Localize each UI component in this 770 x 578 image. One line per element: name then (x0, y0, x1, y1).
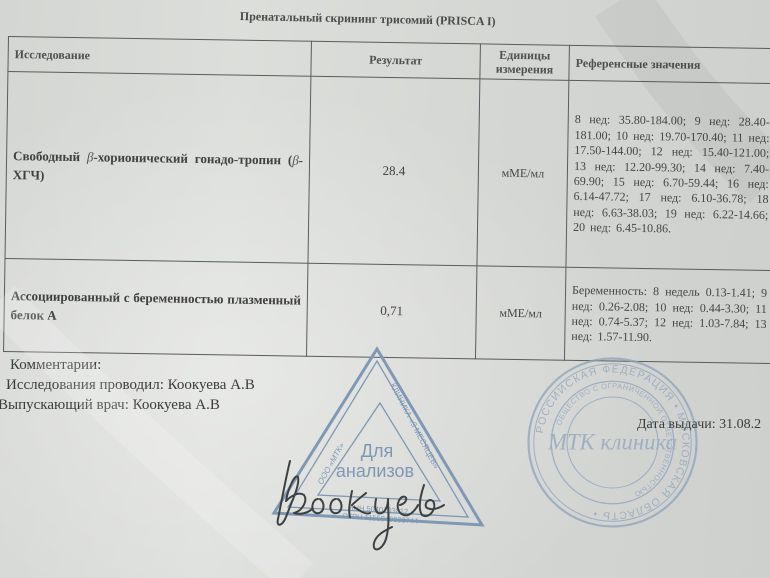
test-name-part: Свободный (13, 148, 87, 164)
header-result: Результат (311, 41, 481, 79)
issue-date: Дата выдачи: 31.08.2 (637, 417, 761, 433)
svg-text:МТК клиника: МТК клиника (547, 430, 677, 455)
result-value-hcg: 28.4 (308, 76, 480, 266)
test-name-hcg: Свободный β-хорионический гонадо-тропин … (5, 72, 311, 264)
comments-section: Комментарии: Исследования проводил: Коок… (6, 355, 255, 415)
issuing-doctor: Выпускающий врач: Коокуева А.В (0, 395, 255, 415)
header-test: Исследование (8, 37, 312, 77)
table-row: Свободный β-хорионический гонадо-тропин … (5, 72, 770, 271)
test-name-part: -хорионический гонадо-тропин ( (93, 149, 292, 167)
comments-label: Комментарии: (10, 355, 255, 375)
test-name-pappa: Ассоциированный с беременностью плазменн… (4, 258, 308, 356)
units-hcg: мМЕ/мл (477, 79, 569, 267)
results-table: Исследование Результат Единицы измерения… (3, 36, 770, 364)
header-units: Единицы измерения (480, 44, 570, 80)
units-pappa: мМЕ/мл (475, 266, 565, 360)
reference-hcg: 8 нед: 35.80-184.00; 9 нед: 28.40-181.00… (566, 80, 770, 270)
header-reference: Референсные значения (569, 45, 770, 83)
results-table-container: Исследование Результат Единицы измерения… (3, 36, 770, 364)
performed-by: Исследования проводил: Коокуева А.В (6, 375, 255, 395)
signature-icon (268, 455, 458, 555)
reference-pappa: Беременность: 8 недель 0.13-1.41; 9 нед:… (564, 267, 770, 363)
round-stamp-icon: РОССИЙСКАЯ ФЕДЕРАЦИЯ • МОСКОВСКАЯ ОБЛАСТ… (525, 355, 700, 530)
